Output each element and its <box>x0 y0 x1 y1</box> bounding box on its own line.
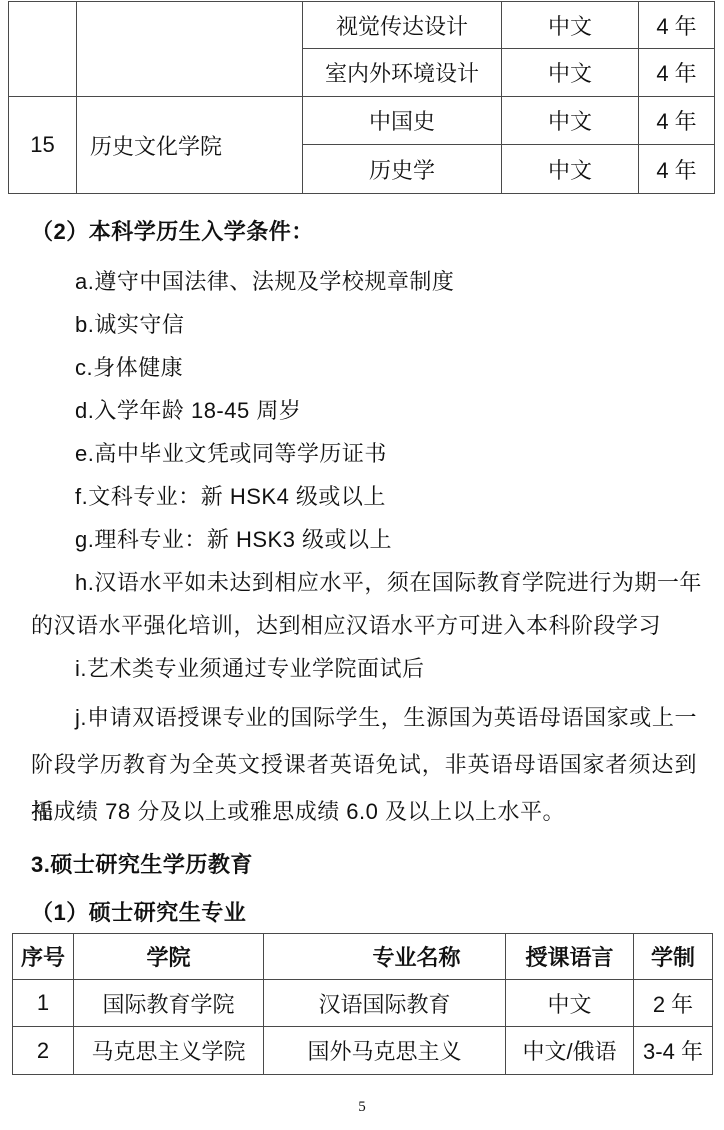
condition-item-g: g.理科专业：新 HSK3 级或以上 <box>31 518 697 561</box>
cell-seq: 2 <box>13 1027 74 1075</box>
document-body: （2）本科学历生入学条件： a.遵守中国法律、法规及学校规章制度 b.诚实守信 … <box>31 210 697 933</box>
col-header-duration: 学制 <box>634 934 713 980</box>
cell-major: 视觉传达设计 <box>303 2 502 49</box>
cell-language: 中文 <box>506 980 634 1027</box>
cell-college-empty <box>77 2 303 97</box>
cell-language: 中文/俄语 <box>506 1027 634 1075</box>
cell-language: 中文 <box>502 97 639 145</box>
cell-language: 中文 <box>502 145 639 194</box>
condition-item-e: e.高中毕业文凭或同等学历证书 <box>31 432 697 475</box>
cell-duration: 2 年 <box>634 980 713 1027</box>
table-row: 1 国际教育学院 汉语国际教育 中文 2 年 <box>13 980 713 1027</box>
condition-item-a: a.遵守中国法律、法规及学校规章制度 <box>31 260 697 303</box>
condition-item-b: b.诚实守信 <box>31 303 697 346</box>
cell-duration: 4 年 <box>639 145 715 194</box>
condition-item-f: f.文科专业：新 HSK4 级或以上 <box>31 475 697 518</box>
cell-major: 历史学 <box>303 145 502 194</box>
condition-item-d: d.入学年龄 18-45 周岁 <box>31 389 697 432</box>
cell-duration: 4 年 <box>639 2 715 49</box>
col-header-seq: 序号 <box>13 934 74 980</box>
condition-item-h-line-1: h.汉语水平如未达到相应水平，须在国际教育学院进行为期一年 <box>31 561 697 604</box>
undergraduate-majors-table-continued: 视觉传达设计 中文 4 年 室内外环境设计 中文 4 年 15 历史文化学院 中… <box>8 1 715 194</box>
subsection-heading-master-majors: （1）硕士研究生专业 <box>31 893 697 933</box>
cell-language: 中文 <box>502 49 639 97</box>
section-heading-master-education: 3.硕士研究生学历教育 <box>31 843 697 887</box>
table-row: 15 历史文化学院 中国史 中文 4 年 <box>9 97 715 145</box>
section-heading-bachelor-conditions: （2）本科学历生入学条件： <box>31 210 697 254</box>
cell-duration: 4 年 <box>639 49 715 97</box>
col-header-college: 学院 <box>74 934 264 980</box>
master-majors-table: 序号 学院 专业名称 授课语言 学制 1 国际教育学院 汉语国际教育 中文 2 … <box>12 933 713 1075</box>
page-number: 5 <box>0 1099 724 1116</box>
condition-item-j-line-1: j.申请双语授课专业的国际学生，生源国为英语母语国家或上一 <box>31 694 697 741</box>
cell-duration: 3-4 年 <box>634 1027 713 1075</box>
condition-item-h-line-2: 的汉语水平强化培训，达到相应汉语水平方可进入本科阶段学习 <box>31 604 697 647</box>
table-row: 视觉传达设计 中文 4 年 <box>9 2 715 49</box>
condition-item-c: c.身体健康 <box>31 346 697 389</box>
cell-major: 室内外环境设计 <box>303 49 502 97</box>
condition-item-j-line-3: 福成绩 78 分及以上或雅思成绩 6.0 及以上以上水平。 <box>31 788 697 835</box>
cell-seq: 1 <box>13 980 74 1027</box>
cell-seq: 15 <box>9 97 77 194</box>
cell-duration: 4 年 <box>639 97 715 145</box>
cell-major: 国外马克思主义 <box>264 1027 506 1075</box>
cell-college: 国际教育学院 <box>74 980 264 1027</box>
condition-item-i: i.艺术类专业须通过专业学院面试后 <box>31 647 697 690</box>
cell-major: 汉语国际教育 <box>264 980 506 1027</box>
cell-language: 中文 <box>502 2 639 49</box>
table-header-row: 序号 学院 专业名称 授课语言 学制 <box>13 934 713 980</box>
condition-item-j-line-2: 阶段学历教育为全英文授课者英语免试，非英语母语国家者须达到托 <box>31 741 697 788</box>
cell-major: 中国史 <box>303 97 502 145</box>
col-header-major: 专业名称 <box>264 934 506 980</box>
cell-college: 历史文化学院 <box>77 97 303 194</box>
cell-college: 马克思主义学院 <box>74 1027 264 1075</box>
cell-seq-empty <box>9 2 77 97</box>
col-header-language: 授课语言 <box>506 934 634 980</box>
table-row: 2 马克思主义学院 国外马克思主义 中文/俄语 3-4 年 <box>13 1027 713 1075</box>
